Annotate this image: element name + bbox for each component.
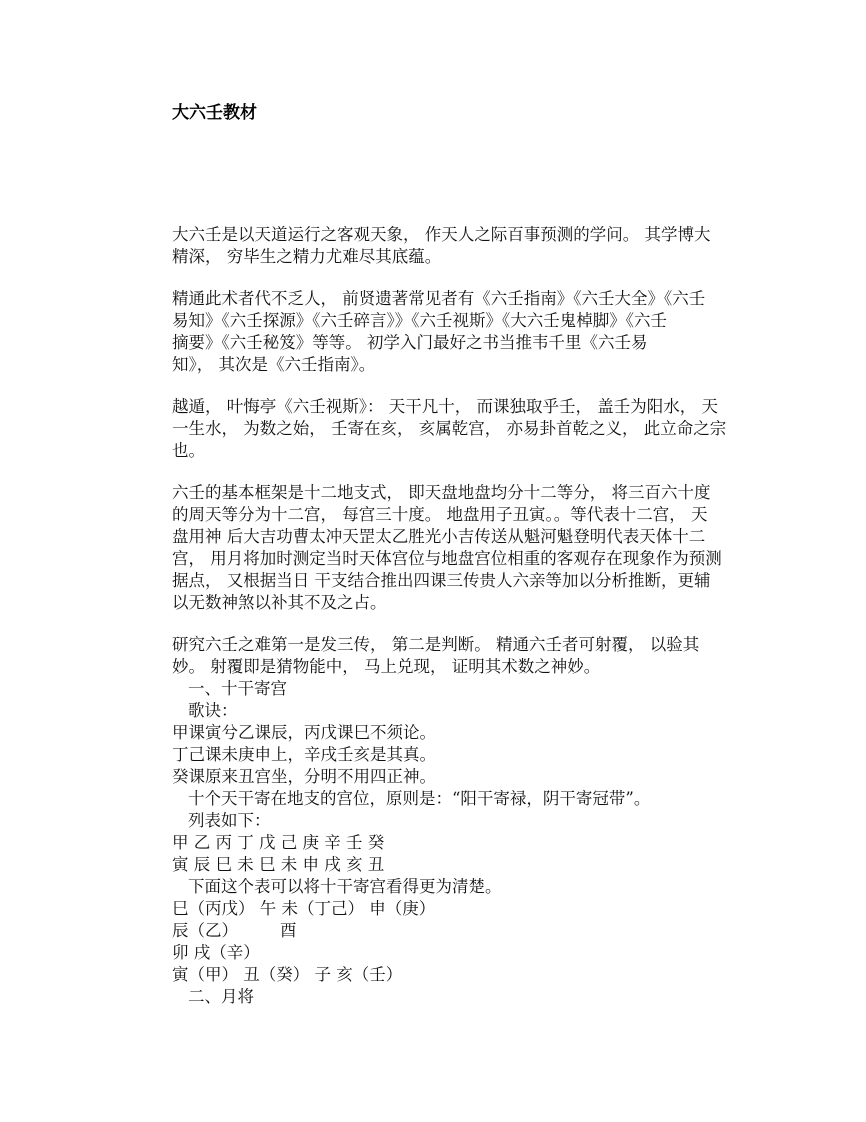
paragraph-2-line-1: 精通此术者代不乏人， 前贤遗著常见者有《六壬指南》《六壬大全》《六壬 (172, 288, 705, 310)
principle-text: 十个天干寄在地支的宫位，原则是：“阳干寄禄，阴干寄冠带”。 (188, 788, 650, 810)
clearer-table-intro: 下面这个表可以将十干寄宫看得更为清楚。 (188, 876, 502, 898)
paragraph-2-line-2: 易知》《六壬探源》《六壬碎言》》《六壬视斯》《大六壬鬼棹脚》《六壬 (172, 310, 667, 332)
paragraph-5-line-1: 研究六壬之难第一是发三传， 第二是判断。 精通六壬者可射覆， 以验其 (172, 634, 699, 656)
paragraph-4-line-1: 六壬的基本框架是十二地支式， 即天盘地盘均分十二等分， 将三百六十度 (172, 482, 711, 504)
paragraph-4-line-5: 据点， 又根据当日 干支结合推出四课三传贵人六亲等加以分析推断，更辅 (172, 570, 711, 592)
stem-cell: 癸 (368, 833, 385, 852)
verse-line-1: 甲课寅兮乙课辰，丙戊课巳不须论。 (172, 722, 436, 744)
branch-cell: 丑 (368, 855, 385, 874)
palace-grid-row-1: 巳（丙戊） 午 未（丁己） 申（庚） (172, 898, 435, 920)
branch-cell: 未 (237, 855, 254, 874)
section-1-heading: 一、十干寄宫 (188, 678, 287, 700)
stem-cell: 辛 (324, 833, 341, 852)
branch-cell: 未 (281, 855, 298, 874)
stems-row: 甲 乙 丙 丁 戊 己 庚 辛 壬 癸 (172, 832, 384, 854)
paragraph-3-line-3: 也。 (172, 440, 205, 462)
verse-label: 歌诀： (188, 700, 238, 722)
branches-row: 寅 辰 巳 未 巳 未 申 戌 亥 丑 (172, 854, 384, 876)
paragraph-2-line-4: 知》， 其次是《六壬指南》。 (172, 354, 375, 376)
stem-cell: 甲 (172, 833, 189, 852)
branch-cell: 辰 (194, 855, 211, 874)
document-page: 大六壬教材 大六壬是以天道运行之客观天象， 作天人之际百事预测的学问。 其学博大… (0, 0, 866, 1122)
stem-cell: 乙 (194, 833, 211, 852)
paragraph-5-line-2: 妙。 射覆即是猜物能中， 马上兑现， 证明其术数之神妙。 (172, 656, 600, 678)
paragraph-1-line-1: 大六壬是以天道运行之客观天象， 作天人之际百事预测的学问。 其学博大 (172, 224, 711, 246)
stem-cell: 戊 (259, 833, 276, 852)
table-intro: 列表如下： (188, 810, 271, 832)
stem-cell: 庚 (303, 833, 320, 852)
branch-cell: 戌 (324, 855, 341, 874)
paragraph-3-line-2: 一生水， 为数之始， 壬寄在亥， 亥属乾宫， 亦易卦首乾之义， 此立命之宗 (172, 418, 726, 440)
verse-line-2: 丁己课未庚申上，辛戌壬亥是其真。 (172, 744, 436, 766)
stem-cell: 丁 (237, 833, 254, 852)
document-title: 大六壬教材 (172, 102, 257, 124)
section-2-heading: 二、月将 (188, 986, 254, 1008)
paragraph-4-line-2: 的周天等分为十二宫， 每宫三十度。 地盘用子丑寅。。等代表十二宫， 天 (172, 504, 708, 526)
palace-grid-row-4: 寅（甲） 丑（癸） 子 亥（壬） (172, 964, 402, 986)
branch-cell: 寅 (172, 855, 189, 874)
paragraph-4-line-4: 宫， 用月将加时测定当时天体宫位与地盘宫位相重的客观存在现象作为预测 (172, 548, 722, 570)
branch-cell: 巳 (259, 855, 276, 874)
paragraph-2-line-3: 摘要》《六壬秘笈》等等。 初学入门最好之书当推韦千里《六壬易 (172, 332, 648, 354)
stem-cell: 己 (281, 833, 298, 852)
paragraph-4-line-3: 盘用神 后大吉功曹太冲天罡太乙胜光小吉传送从魁河魁登明代表天体十二 (172, 526, 705, 548)
verse-line-3: 癸课原来丑宫坐，分明不用四正神。 (172, 766, 436, 788)
paragraph-1-line-2: 精深， 穷毕生之精力尤难尽其底蕴。 (172, 246, 441, 268)
branch-cell: 亥 (346, 855, 363, 874)
palace-grid-row-2: 辰（乙） 酉 (172, 920, 296, 942)
stem-cell: 丙 (216, 833, 233, 852)
paragraph-3-line-1: 越遁， 叶悔亭《六壬视斯》： 天干凡十， 而课独取乎壬， 盖壬为阳水， 天 (172, 396, 718, 418)
stem-cell: 壬 (346, 833, 363, 852)
palace-grid-row-3: 卯 戌（辛） (172, 942, 260, 964)
paragraph-4-line-6: 以无数神煞以补其不及之占。 (172, 592, 387, 614)
branch-cell: 巳 (216, 855, 233, 874)
branch-cell: 申 (303, 855, 320, 874)
